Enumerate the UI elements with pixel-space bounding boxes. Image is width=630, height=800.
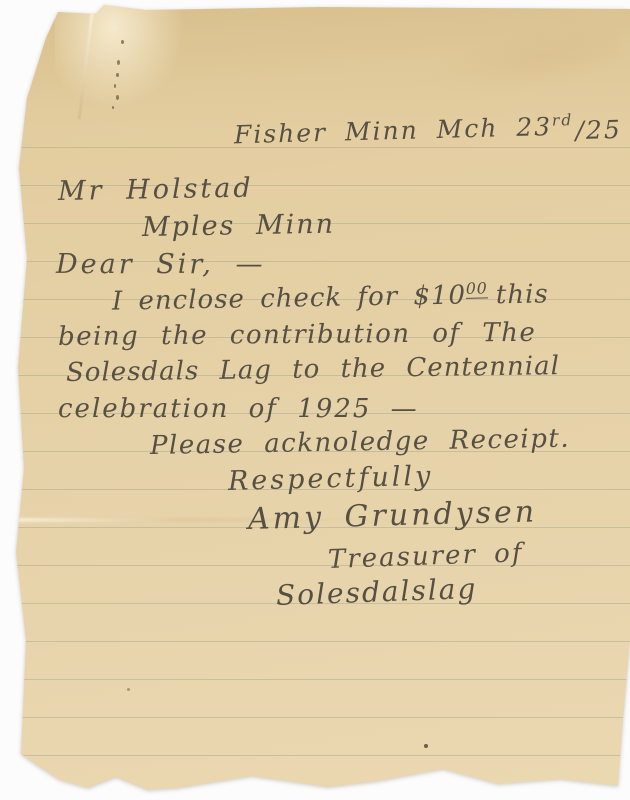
organization-name: Solesdalslag (275, 572, 477, 612)
ink-speck (116, 95, 119, 100)
scanned-letter: Fisher Minn Mch 23rd/25 Mr Holstad Mples… (0, 0, 630, 800)
body-line-4: celebration of 1925 — (58, 394, 419, 424)
recipient-name: Mr Holstad (58, 173, 254, 207)
body-line-1-end: this (496, 279, 549, 310)
closing: Respectfully (228, 461, 434, 497)
body-line-2: being the contribution of The (58, 318, 537, 352)
ink-speck (114, 84, 116, 88)
ink-speck (121, 40, 124, 44)
ink-speck (424, 744, 428, 748)
ink-speck (112, 106, 114, 109)
dateline-place: Fisher Minn (234, 115, 419, 149)
salutation: Dear Sir, — (56, 249, 265, 280)
ink-speck (117, 60, 120, 65)
recipient-city: Mples Minn (142, 209, 336, 243)
torn-surface-patch (55, 0, 185, 110)
paper-shadow: Fisher Minn Mch 23rd/25 Mr Holstad Mples… (0, 0, 630, 800)
check-amount-cents: 00 (466, 279, 488, 298)
body-line-1-text: I enclose check for (112, 281, 414, 316)
paper: Fisher Minn Mch 23rd/25 Mr Holstad Mples… (0, 0, 630, 800)
dateline-ordinal-suffix: rd (552, 111, 574, 130)
ink-speck (116, 73, 119, 77)
dateline-year: /25 (575, 115, 622, 145)
dateline-date: Mch 23 (436, 112, 552, 144)
check-amount: $10 (413, 280, 466, 311)
ink-speck (127, 688, 130, 691)
